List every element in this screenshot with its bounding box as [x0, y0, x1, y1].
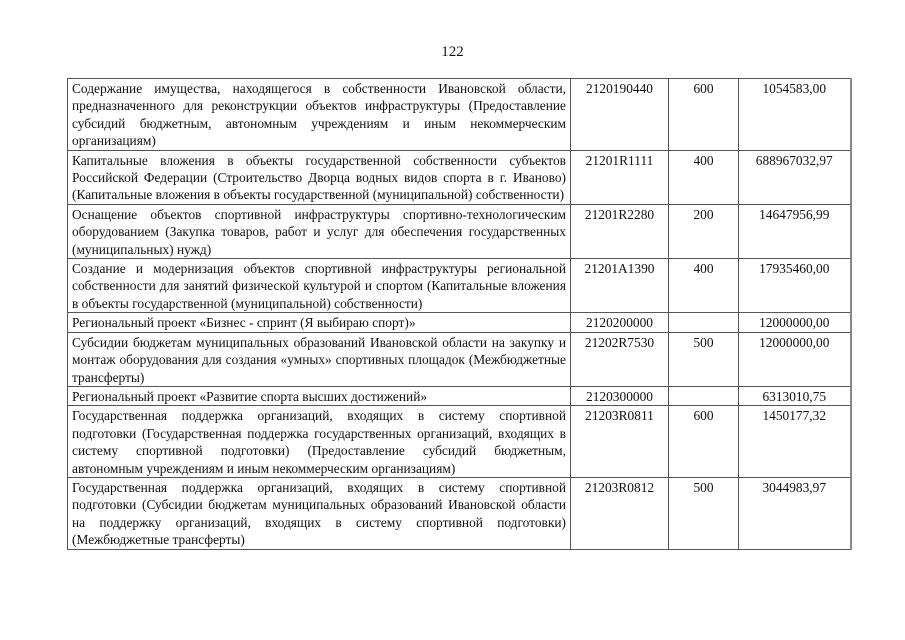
- row-description: Региональный проект «Бизнес - спринт (Я …: [68, 313, 571, 332]
- row-amount: 17935460,00: [739, 259, 851, 313]
- row-code: 21202R7530: [571, 332, 669, 386]
- row-amount: 688967032,97: [739, 150, 851, 204]
- row-amount: 14647956,99: [739, 204, 851, 258]
- row-expense-type: 500: [669, 332, 739, 386]
- row-description: Субсидии бюджетам муниципальных образова…: [68, 332, 571, 386]
- row-description: Оснащение объектов спортивной инфраструк…: [68, 204, 571, 258]
- row-amount: 12000000,00: [739, 313, 851, 332]
- row-code: 2120200000: [571, 313, 669, 332]
- row-amount: 6313010,75: [739, 386, 851, 405]
- table-row: Государственная поддержка организаций, в…: [68, 406, 851, 478]
- row-code: 2120190440: [571, 79, 669, 151]
- page-number: 122: [0, 44, 905, 61]
- row-code: 21201R2280: [571, 204, 669, 258]
- row-amount: 1450177,32: [739, 406, 851, 478]
- row-expense-type: [669, 313, 739, 332]
- row-expense-type: 400: [669, 259, 739, 313]
- row-code: 21203R0812: [571, 477, 669, 549]
- row-expense-type: 400: [669, 150, 739, 204]
- table-row: Региональный проект «Бизнес - спринт (Я …: [68, 313, 851, 332]
- row-code: 21201A1390: [571, 259, 669, 313]
- table-row: Государственная поддержка организаций, в…: [68, 477, 851, 549]
- table-row: Региональный проект «Развитие спорта выс…: [68, 386, 851, 405]
- table-row: Оснащение объектов спортивной инфраструк…: [68, 204, 851, 258]
- row-code: 21201R1111: [571, 150, 669, 204]
- row-expense-type: 600: [669, 79, 739, 151]
- row-description: Региональный проект «Развитие спорта выс…: [68, 386, 571, 405]
- row-expense-type: 200: [669, 204, 739, 258]
- table-row: Создание и модернизация объектов спортив…: [68, 259, 851, 313]
- row-amount: 12000000,00: [739, 332, 851, 386]
- row-code: 21203R0811: [571, 406, 669, 478]
- row-description: Содержание имущества, находящегося в соб…: [68, 79, 571, 151]
- table-row: Содержание имущества, находящегося в соб…: [68, 79, 851, 151]
- row-amount: 1054583,00: [739, 79, 851, 151]
- table-row: Капитальные вложения в объекты государст…: [68, 150, 851, 204]
- row-code: 2120300000: [571, 386, 669, 405]
- table-row: Субсидии бюджетам муниципальных образова…: [68, 332, 851, 386]
- row-expense-type: [669, 386, 739, 405]
- row-description: Государственная поддержка организаций, в…: [68, 477, 571, 549]
- row-description: Государственная поддержка организаций, в…: [68, 406, 571, 478]
- row-description: Капитальные вложения в объекты государст…: [68, 150, 571, 204]
- row-expense-type: 500: [669, 477, 739, 549]
- budget-table: Содержание имущества, находящегося в соб…: [67, 78, 852, 550]
- row-expense-type: 600: [669, 406, 739, 478]
- row-description: Создание и модернизация объектов спортив…: [68, 259, 571, 313]
- row-amount: 3044983,97: [739, 477, 851, 549]
